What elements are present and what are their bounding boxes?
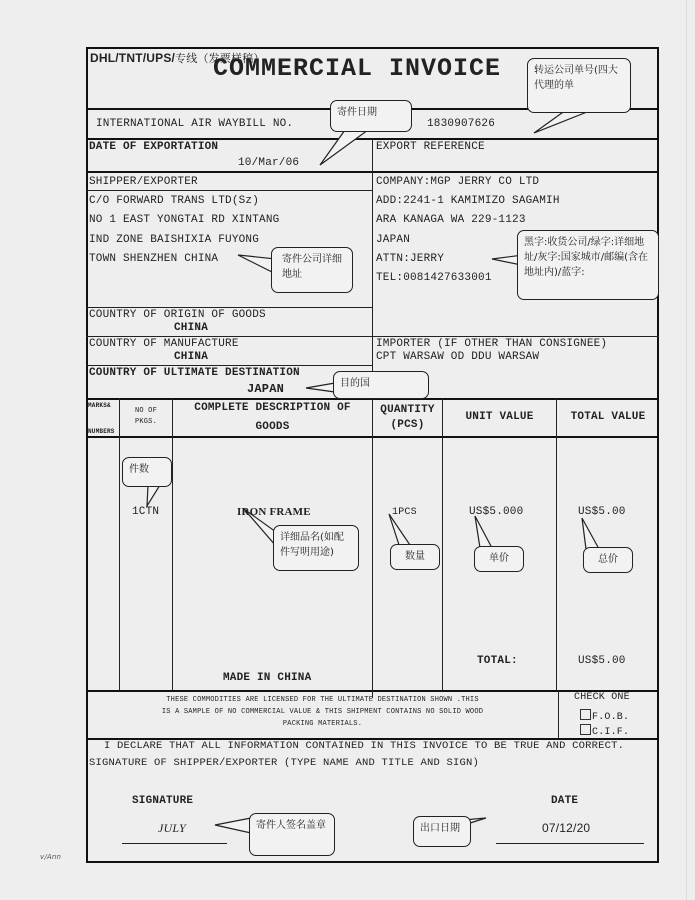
divider (556, 398, 557, 690)
divider (372, 138, 373, 398)
description-header: GOODS (173, 421, 372, 434)
quantity-header: QUANTITY (373, 404, 442, 417)
pkgs-value: 1CTN (132, 506, 159, 519)
margin-note: v/Ann (40, 851, 61, 864)
consignee-attn: ATTN:JERRY (376, 253, 444, 266)
divider (372, 398, 373, 698)
consignee-tel: TEL:0081427633001 (376, 272, 492, 285)
license-text: PACKING MATERIALS. (87, 720, 558, 729)
divider (172, 398, 173, 690)
export-date-label: DATE OF EXPORTATION (89, 141, 218, 154)
annotation-send-date: 寄件日期 (330, 100, 412, 132)
made-in-label: MADE IN CHINA (223, 672, 311, 685)
annotation-destination: 目的国 (333, 371, 429, 399)
origin-label: COUNTRY OF ORIGIN OF GOODS (89, 309, 266, 322)
check-one-label: CHECK ONE (574, 693, 630, 702)
waybill-label: INTERNATIONAL AIR WAYBILL NO. (96, 118, 293, 131)
waybill-number: 1830907626 (427, 118, 495, 131)
marks-header: NUMBERS (88, 428, 115, 435)
origin-value: CHINA (174, 322, 208, 335)
importer-value: CPT WARSAW OD DDU WARSAW (376, 351, 539, 364)
unit-value-header: UNIT VALUE (443, 411, 556, 424)
manufacture-label: COUNTRY OF MANUFACTURE (89, 338, 239, 351)
divider (86, 307, 372, 308)
total-value-header: TOTAL VALUE (557, 411, 659, 424)
cif-label: C.I.F. (592, 727, 629, 738)
license-text: THESE COMMODITIES ARE LICENSED FOR THE U… (87, 696, 558, 705)
export-reference-label: EXPORT REFERENCE (376, 141, 485, 154)
fob-checkbox[interactable] (580, 709, 591, 720)
consignee-country: JAPAN (376, 234, 410, 247)
unit-value: US$5.000 (469, 506, 523, 519)
fob-option[interactable]: F.O.B. (580, 709, 629, 724)
annotation-consignee-legend: 黑字:收货公司/绿字:详细地址/灰字:国家城市/邮编(含在地址内)/蓝字: (517, 230, 659, 300)
annotation-pieces: 件数 (122, 457, 172, 487)
marks-header: MARKS& (88, 402, 111, 409)
cif-checkbox[interactable] (580, 724, 591, 735)
page-title: COMMERCIAL INVOICE (213, 62, 501, 75)
date-line (496, 843, 644, 844)
divider (119, 398, 120, 690)
quantity-header: (PCS) (373, 419, 442, 432)
annotation-shipper-address: 寄件公司详细地址 (271, 247, 353, 293)
divider (558, 690, 559, 738)
annotation-signature: 寄件人签名盖章 (249, 813, 335, 856)
importer-label: IMPORTER (IF OTHER THAN CONSIGNEE) (376, 338, 607, 351)
divider (86, 365, 372, 366)
total-value: US$5.00 (578, 506, 626, 519)
shipper-label: SHIPPER/EXPORTER (89, 176, 198, 189)
shipper-line: NO 1 EAST YONGTAI RD XINTANG (89, 214, 279, 227)
divider (442, 398, 443, 690)
page-edge (686, 0, 687, 900)
total-label: TOTAL: (477, 655, 518, 668)
destination-value: JAPAN (247, 383, 284, 396)
grand-total-value: US$5.00 (578, 655, 626, 668)
annotation-total-price: 总价 (583, 547, 633, 573)
date-label: DATE (551, 795, 578, 808)
shipper-line: IND ZONE BAISHIXIA FUYONG (89, 234, 259, 247)
signature-value[interactable]: JULY (158, 822, 186, 835)
manufacture-value: CHINA (174, 351, 208, 364)
annotation-description: 详细品名(如配件写明用途) (273, 525, 359, 571)
consignee-company: COMPANY:MGP JERRY CO LTD (376, 176, 539, 189)
carrier-label-en: DHL/TNT/UPS/ (90, 51, 175, 65)
annotation-export-date: 出口日期 (413, 816, 471, 847)
consignee-address: ADD:2241-1 KAMIMIZO SAGAMIH (376, 195, 560, 208)
annotation-quantity: 数量 (390, 544, 440, 570)
declaration-text: I DECLARE THAT ALL INFORMATION CONTAINED… (104, 740, 624, 753)
shipper-line: C/O FORWARD TRANS LTD(Sz) (89, 195, 259, 208)
pkgs-header: NO OF (120, 407, 172, 416)
signature-label: SIGNATURE (132, 795, 193, 808)
annotation-unit-price: 单价 (474, 546, 524, 572)
signature-line (122, 843, 227, 844)
cif-option[interactable]: C.I.F. (580, 724, 629, 739)
destination-label: COUNTRY OF ULTIMATE DESTINATION (89, 367, 300, 380)
export-date-value: 10/Mar/06 (238, 157, 299, 170)
shipper-line: TOWN SHENZHEN CHINA (89, 253, 218, 266)
pkgs-header: PKGS. (120, 418, 172, 427)
divider (86, 190, 372, 191)
date-value[interactable]: 07/12/20 (542, 822, 590, 835)
consignee-address: ARA KANAGA WA 229-1123 (376, 214, 526, 227)
license-text: IS A SAMPLE OF NO COMMERCIAL VALUE & THI… (87, 708, 558, 717)
annotation-waybill-number: 转运公司单号(四大代理的单 (527, 58, 631, 113)
quantity-value: 1PCS (392, 506, 417, 519)
fob-label: F.O.B. (592, 712, 629, 723)
signature-instruction: SIGNATURE OF SHIPPER/EXPORTER (TYPE NAME… (89, 757, 479, 770)
description-header: COMPLETE DESCRIPTION OF (173, 402, 372, 415)
description-value: IRON FRAME (237, 506, 311, 519)
